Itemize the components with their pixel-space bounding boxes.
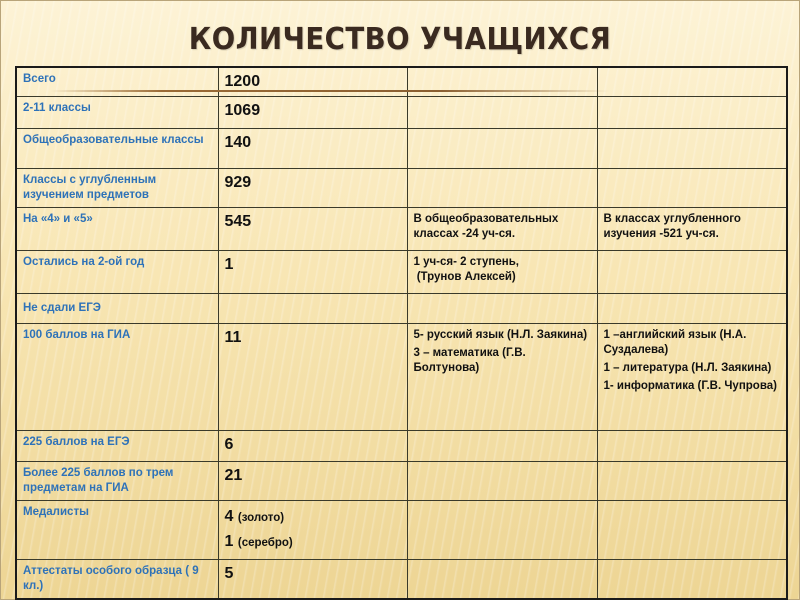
row-note-general: 1 уч-ся- 2 ступень, (Трунов Алексей) [407,250,597,293]
row-label: Более 225 баллов по трем предметам на ГИ… [16,461,218,500]
row-value: 140 [218,128,407,168]
row-label: Классы с углубленным изучением предметов [16,168,218,207]
row-note-advanced [597,293,787,323]
note-line: 1- информатика (Г.В. Чупрова) [604,379,781,394]
row-label: Аттестаты особого образца ( 9 кл.) [16,559,218,599]
students-table: Всего 1200 2-11 классы 1069 Общеобразова… [15,66,788,600]
note-line: 1 – литература (Н.Л. Заякина) [604,361,781,376]
medal-silver-type: (серебро) [238,537,293,549]
row-note-general [407,430,597,461]
row-value: 545 [218,207,407,250]
row-note-advanced [597,250,787,293]
row-note-advanced: 1 –английский язык (Н.А. Суздалева) 1 – … [597,323,787,430]
table-row: На «4» и «5» 545 В общеобразовательных к… [16,207,787,250]
table-row: Не сдали ЕГЭ [16,293,787,323]
row-note-general [407,96,597,128]
row-value [218,293,407,323]
row-value: 21 [218,461,407,500]
row-value: 11 [218,323,407,430]
row-note-advanced [597,559,787,599]
row-label: 225 баллов на ЕГЭ [16,430,218,461]
note-line: 1 –английский язык (Н.А. Суздалева) [604,328,781,358]
row-label: На «4» и «5» [16,207,218,250]
row-value: 1069 [218,96,407,128]
row-note-advanced [597,128,787,168]
table-row: 100 баллов на ГИА 11 5- русский язык (Н.… [16,323,787,430]
row-note-general: В общеобразовательных классах -24 уч-ся. [407,207,597,250]
table-row: Аттестаты особого образца ( 9 кл.) 5 [16,559,787,599]
table-row: Более 225 баллов по трем предметам на ГИ… [16,461,787,500]
row-label: 100 баллов на ГИА [16,323,218,430]
note-line: 1 уч-ся- 2 ступень, [414,255,591,270]
row-note-advanced [597,96,787,128]
note-line: 3 – математика (Г.В. Болтунова) [414,346,591,376]
row-note-advanced [597,430,787,461]
row-label: Остались на 2-ой год [16,250,218,293]
row-note-general [407,461,597,500]
note-line: В общеобразовательных классах -24 уч-ся. [414,212,591,242]
row-label: 2-11 классы [16,96,218,128]
row-label: Не сдали ЕГЭ [16,293,218,323]
row-value: 929 [218,168,407,207]
medal-gold: 4 (золото) [225,505,401,530]
table-row: Медалисты 4 (золото) 1 (серебро) [16,500,787,559]
row-note-advanced [597,500,787,559]
note-line: (Трунов Алексей) [414,270,591,285]
row-note-advanced: В классах углубленного изучения -521 уч-… [597,207,787,250]
row-value: 1 [218,250,407,293]
row-note-advanced [597,168,787,207]
row-value: 5 [218,559,407,599]
table-row: Общеобразовательные классы 140 [16,128,787,168]
row-note-advanced [597,67,787,96]
medal-silver-count: 1 [225,533,234,550]
row-note-general [407,293,597,323]
note-line: В классах углубленного изучения -521 уч-… [604,212,781,242]
row-label: Общеобразовательные классы [16,128,218,168]
page-title: КОЛИЧЕСТВО УЧАЩИХСЯ [32,22,768,57]
medal-gold-count: 4 [225,508,234,525]
row-value: 6 [218,430,407,461]
table-row: Остались на 2-ой год 1 1 уч-ся- 2 ступен… [16,250,787,293]
row-note-general [407,168,597,207]
medal-gold-type: (золото) [238,512,284,524]
medal-counts: 4 (золото) 1 (серебро) [218,500,407,559]
row-note-general [407,128,597,168]
medal-silver: 1 (серебро) [225,530,401,555]
table-row: Классы с углубленным изучением предметов… [16,168,787,207]
row-label: Медалисты [16,500,218,559]
row-note-general [407,559,597,599]
table-row: 2-11 классы 1069 [16,96,787,128]
row-note-general [407,500,597,559]
note-line: 5- русский язык (Н.Л. Заякина) [414,328,591,343]
row-note-advanced [597,461,787,500]
table-row: 225 баллов на ЕГЭ 6 [16,430,787,461]
row-note-general: 5- русский язык (Н.Л. Заякина) 3 – матем… [407,323,597,430]
decorative-divider [50,90,610,92]
